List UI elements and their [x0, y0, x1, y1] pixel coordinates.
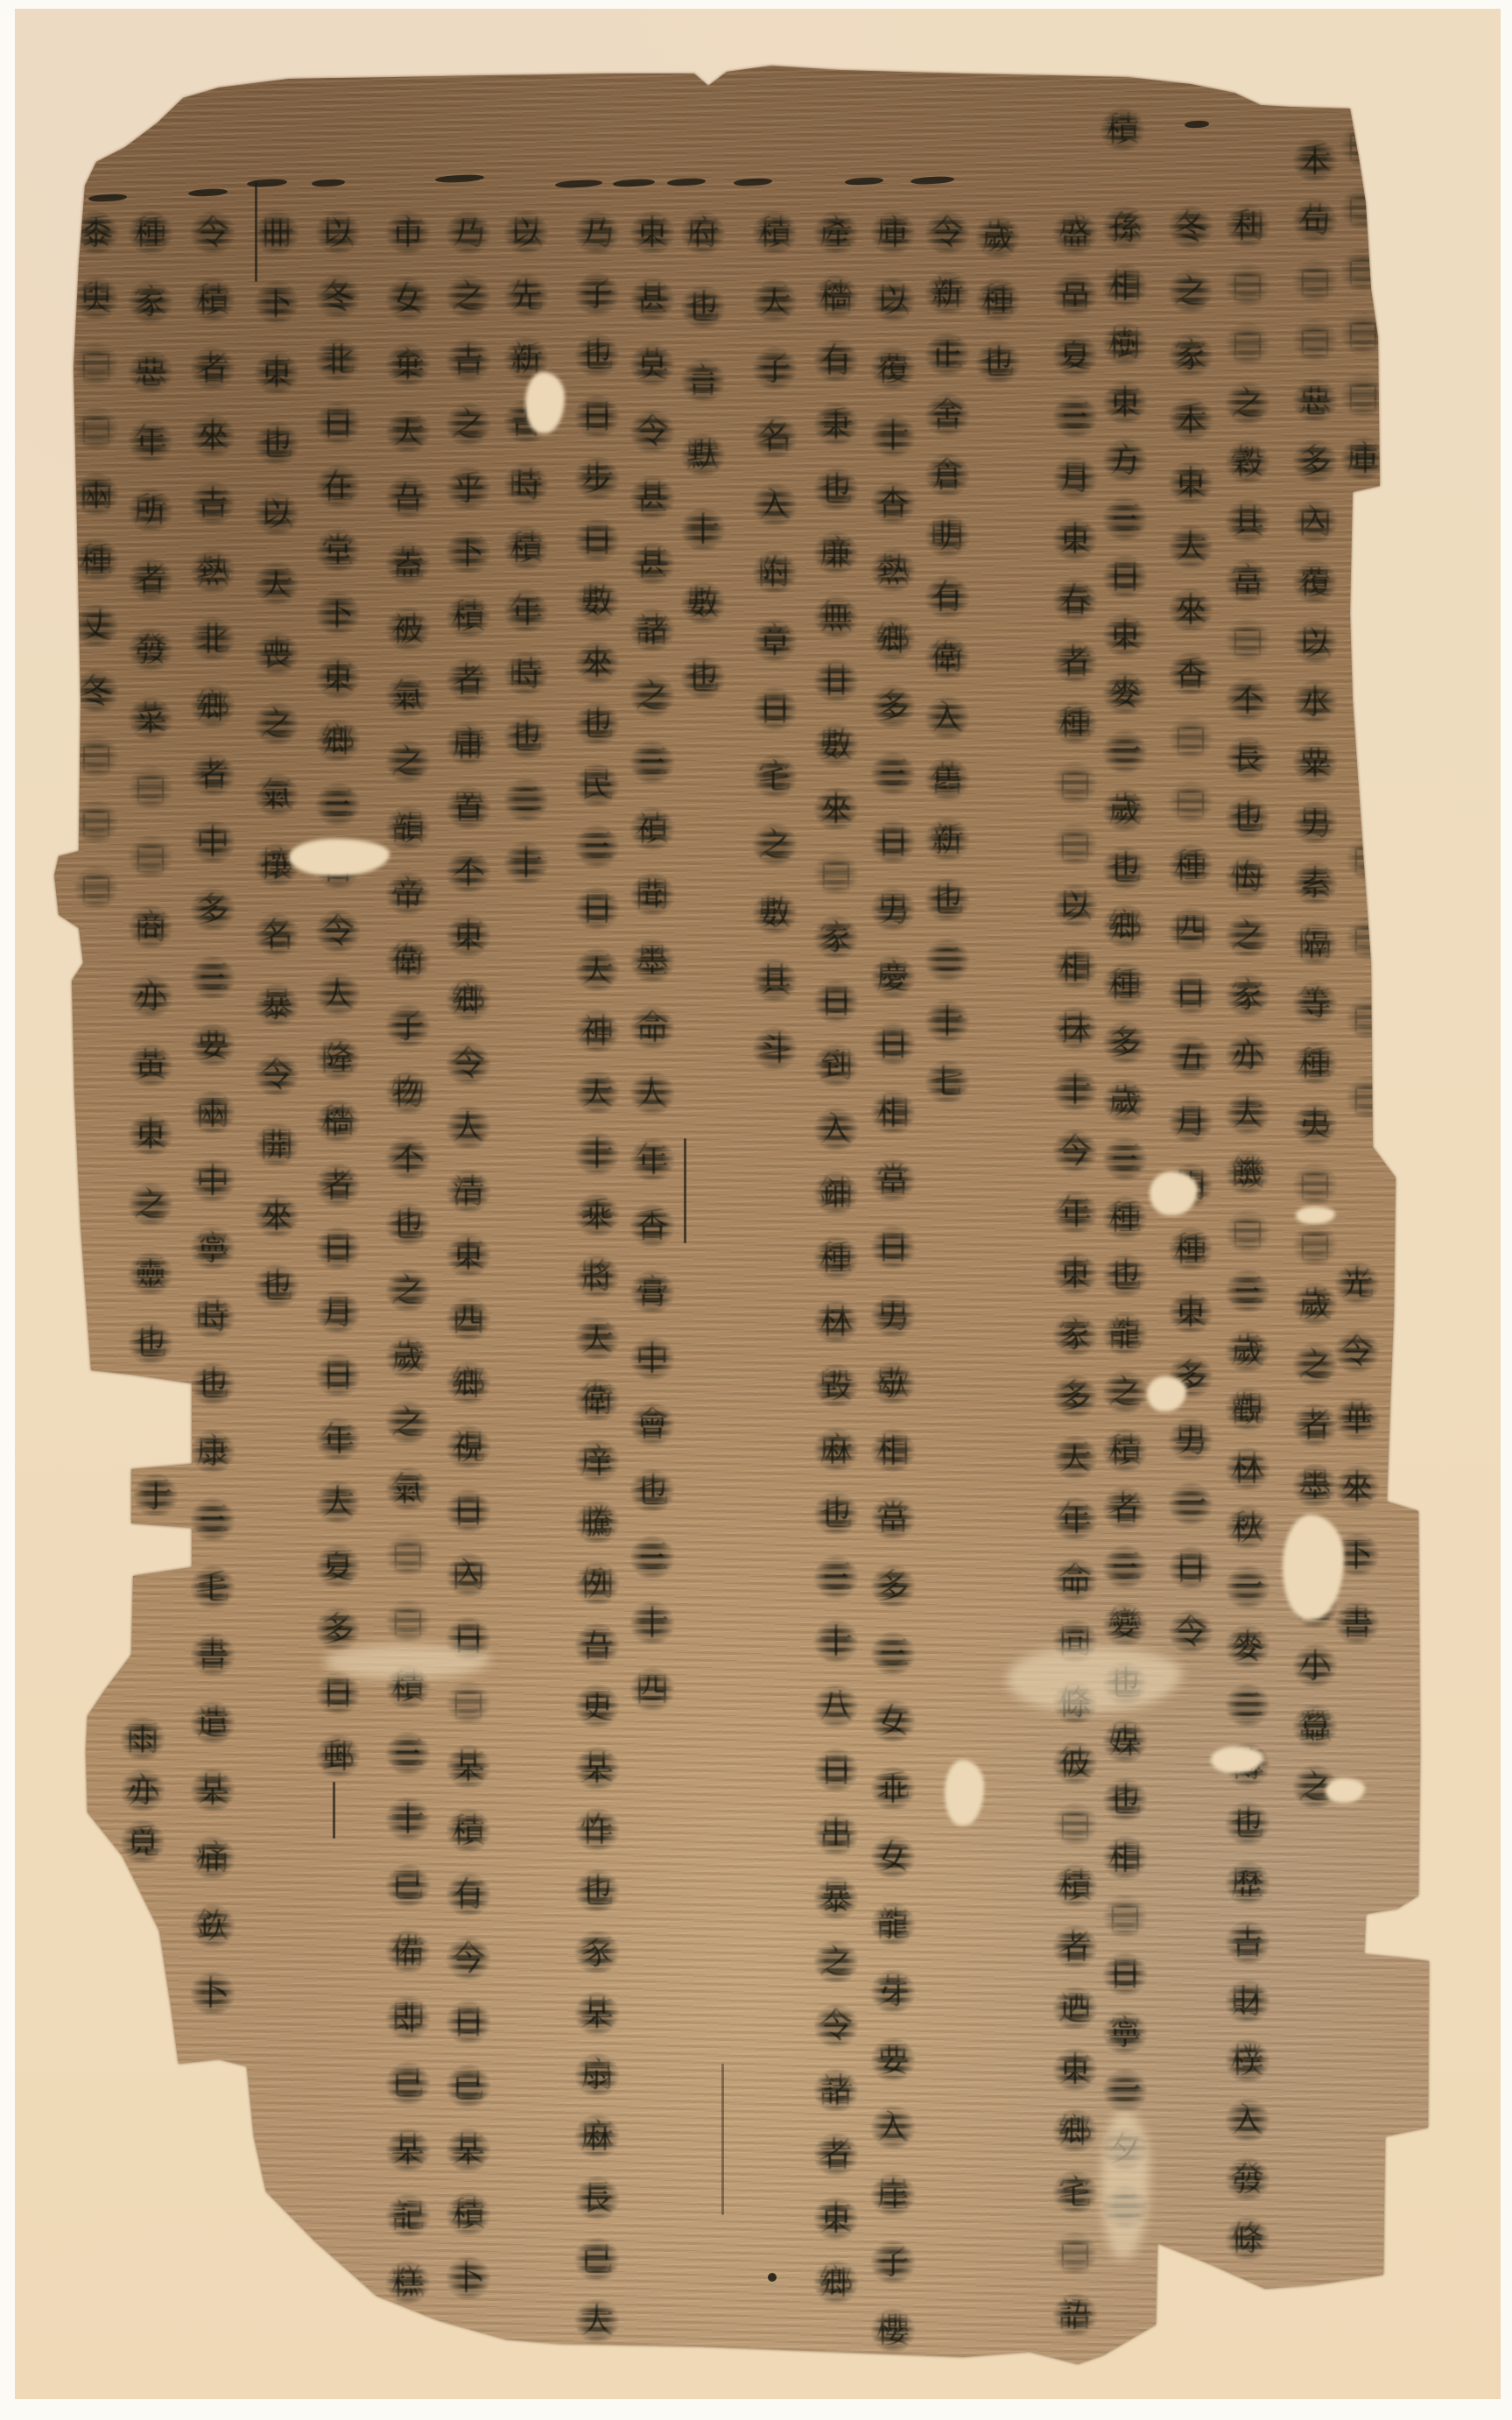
- glyph: 三: [315, 782, 361, 827]
- glyph: 菜: [128, 696, 173, 742]
- glyph: 一: [1225, 1565, 1270, 1610]
- glyph: 歲: [1292, 1282, 1338, 1327]
- glyph: 卜: [190, 1971, 236, 2016]
- glyph: 熱: [870, 548, 916, 594]
- glyph: 之: [1168, 269, 1213, 314]
- glyph: 衛: [385, 938, 431, 983]
- vertical-stroke: [684, 1138, 686, 1243]
- glyph: 三: [870, 751, 916, 797]
- glyph: 令: [254, 1052, 299, 1098]
- glyph: 商: [128, 904, 173, 950]
- glyph: 毀: [813, 1363, 859, 1409]
- glyph: 八: [813, 1684, 859, 1729]
- glyph: 入: [752, 482, 798, 528]
- glyph: 多: [190, 887, 236, 932]
- glyph: 也: [1102, 1253, 1148, 1298]
- text-column: 令積者來吉熱北鄉者中多三要兩中寧時也康三毛書遣某痛欽卜: [190, 210, 236, 2016]
- glyph: 附: [752, 550, 798, 595]
- glyph: 三: [629, 1535, 675, 1580]
- glyph: □: [1225, 1209, 1270, 1255]
- glyph: 廉: [813, 531, 859, 576]
- glyph: 之: [1225, 913, 1270, 959]
- glyph: 也: [503, 714, 549, 760]
- text-column: 冬之家禾東大來香□□種四日五月用種東多男一日令: [1168, 205, 1213, 1655]
- damage-hole: [1326, 1778, 1365, 1803]
- glyph: 日: [813, 979, 859, 1024]
- glyph: 隔: [1292, 921, 1338, 967]
- glyph: 亦: [128, 974, 173, 1019]
- glyph: 之: [385, 1268, 431, 1313]
- glyph: 饑: [1225, 1150, 1270, 1196]
- glyph: 相: [870, 1428, 916, 1474]
- glyph: 發: [128, 627, 173, 672]
- glyph: 帝: [385, 871, 431, 917]
- glyph: □: [1340, 373, 1386, 419]
- damage-hole: [1007, 1646, 1182, 1712]
- glyph: 來: [813, 786, 859, 832]
- silk-surface: □□□□□庫 □□□□ 光令華來下書 禾苟□□惡多內覆以水粟男素隔等種夷□□歲之…: [0, 0, 1512, 2420]
- glyph: 十: [574, 1131, 620, 1177]
- glyph: 已: [446, 2064, 491, 2109]
- glyph: 宅: [752, 754, 798, 799]
- glyph: 十: [1052, 1067, 1098, 1113]
- glyph: 種: [813, 1235, 859, 1281]
- glyph: 二: [925, 938, 970, 983]
- glyph: 有: [813, 338, 859, 383]
- glyph: 日: [1168, 971, 1213, 1017]
- glyph: 所: [128, 488, 173, 533]
- glyph: 媒: [1102, 1719, 1148, 1764]
- glyph: 積: [1102, 1428, 1148, 1474]
- text-column: 光令華來下書: [1334, 1261, 1380, 1646]
- glyph: 多: [315, 1607, 361, 1652]
- glyph: 男: [1168, 1418, 1213, 1463]
- glyph: 天: [385, 409, 431, 454]
- glyph: 穀: [1225, 440, 1270, 485]
- glyph: 十: [925, 999, 970, 1045]
- glyph: 日: [446, 1488, 491, 1534]
- glyph: 來: [190, 413, 236, 459]
- glyph: 十: [680, 507, 726, 552]
- glyph: 人: [315, 972, 361, 1017]
- glyph: □: [1292, 1222, 1338, 1268]
- text-column: 歲種也: [975, 215, 1021, 385]
- glyph: 夷: [1292, 1101, 1338, 1147]
- glyph: 要: [870, 2037, 916, 2083]
- glyph: 女: [385, 277, 431, 322]
- section-mark: 一: [247, 179, 287, 187]
- glyph: 以: [1052, 883, 1098, 929]
- glyph: 秋: [1225, 1505, 1270, 1551]
- glyph: 彼: [1052, 1741, 1098, 1786]
- glyph: 之: [629, 673, 675, 719]
- glyph: 以: [503, 210, 549, 256]
- glyph: 天: [1052, 1435, 1098, 1481]
- glyph: 墨: [629, 939, 675, 984]
- glyph: 多: [870, 684, 916, 729]
- glyph: 者: [446, 658, 491, 703]
- glyph: 庠: [574, 1439, 620, 1484]
- glyph: 冬: [1168, 205, 1213, 250]
- glyph: 者: [190, 752, 236, 798]
- glyph: 人: [446, 1105, 491, 1150]
- glyph: □: [1340, 123, 1386, 168]
- glyph: 觀: [1225, 1387, 1270, 1432]
- glyph: 相: [1102, 264, 1148, 309]
- glyph: 入: [1225, 2098, 1270, 2143]
- glyph: 庫: [870, 210, 916, 256]
- glyph: □: [1340, 186, 1386, 231]
- glyph: □: [74, 734, 119, 779]
- glyph: 舊: [925, 756, 970, 802]
- glyph: 黍: [74, 210, 119, 256]
- glyph: 禾: [1292, 137, 1338, 183]
- glyph: 棄: [385, 342, 431, 388]
- glyph: 雨: [120, 1716, 165, 1762]
- glyph: 人: [629, 1071, 675, 1116]
- glyph: □: [813, 851, 859, 897]
- glyph: 子: [385, 1003, 431, 1049]
- glyph: 東: [446, 1233, 491, 1278]
- glyph: 庸: [446, 721, 491, 767]
- glyph: 等: [1292, 981, 1338, 1026]
- glyph: 某: [385, 2128, 431, 2173]
- glyph: □: [128, 765, 173, 811]
- glyph: 下: [446, 530, 491, 575]
- glyph: 一: [1168, 1481, 1213, 1527]
- glyph: 歷: [1225, 1861, 1270, 1906]
- glyph: 毛: [190, 1565, 236, 1610]
- glyph: 多: [870, 1564, 916, 1609]
- glyph: 即: [385, 1995, 431, 2041]
- text-column: 利□□之穀其富□不長也悔之家亦大饑□三歲觀林秋一麥二簿也歷吉財樸入發條: [1225, 203, 1270, 2262]
- glyph: 東: [1052, 2047, 1098, 2093]
- glyph: 鄉: [446, 977, 491, 1023]
- glyph: 之: [385, 739, 431, 784]
- glyph: 聞: [629, 872, 675, 918]
- glyph: 種: [1102, 1195, 1148, 1241]
- glyph: 日: [574, 394, 620, 440]
- glyph: □: [1346, 916, 1391, 961]
- glyph: 也: [925, 877, 970, 923]
- glyph: 也: [813, 467, 859, 512]
- glyph: 者: [1102, 1486, 1148, 1531]
- glyph: 衛: [574, 1377, 620, 1423]
- glyph: 樹: [1102, 321, 1148, 367]
- text-column: 府也言默十數也: [680, 210, 726, 700]
- glyph: 種: [1292, 1041, 1338, 1087]
- glyph: 諸: [813, 2068, 859, 2114]
- text-column: 積天子名入附章日宅之數其斗: [752, 210, 798, 1072]
- glyph: 大: [574, 2298, 620, 2344]
- glyph: 十: [870, 413, 916, 459]
- glyph: 也: [1225, 1801, 1270, 1847]
- glyph: 家: [1168, 333, 1213, 378]
- glyph: 歲: [385, 1334, 431, 1380]
- glyph: 覆: [1292, 559, 1338, 605]
- glyph: 香: [629, 1203, 675, 1249]
- section-mark: 一: [312, 179, 345, 187]
- glyph: 積: [752, 210, 798, 256]
- glyph: □: [385, 1599, 431, 1644]
- glyph: 富: [1225, 559, 1270, 604]
- text-column: 種家惡年所者發菜□□商亦黃東之靈也: [128, 210, 173, 1366]
- glyph: 舍: [925, 392, 970, 438]
- glyph: 乎: [446, 466, 491, 511]
- glyph: 以: [1292, 620, 1338, 665]
- glyph: 某: [574, 1991, 620, 2037]
- section-mark: 一: [734, 178, 772, 186]
- glyph: 天: [574, 947, 620, 993]
- glyph: 者: [190, 346, 236, 391]
- glyph: 中: [190, 820, 236, 865]
- glyph: 令: [925, 210, 970, 256]
- glyph: □: [74, 799, 119, 845]
- glyph: 樸: [1225, 2038, 1270, 2084]
- glyph: 鄉: [813, 2260, 859, 2305]
- glyph: 兩: [74, 472, 119, 517]
- glyph: 到: [813, 1043, 859, 1088]
- glyph: 當: [870, 1157, 916, 1203]
- glyph: 三: [1102, 496, 1148, 542]
- glyph: □: [1168, 715, 1213, 761]
- glyph: 冊: [254, 210, 299, 256]
- glyph: 宅: [1052, 2170, 1098, 2215]
- glyph: 乃: [446, 210, 491, 256]
- glyph: 之: [1225, 381, 1270, 426]
- text-column: 冊下東也以天喪之氣攘名暴令開來也: [254, 210, 299, 1309]
- glyph: 備: [385, 1929, 431, 1974]
- text-column: 庫以覆十杏熱鄉多三日男慶日相當日男歇相當多三女乖女龍芽要入崖子櫻: [870, 210, 916, 2353]
- glyph: 日: [870, 820, 916, 865]
- glyph: 有: [446, 1872, 491, 1917]
- glyph: 種: [1102, 962, 1148, 1008]
- text-column: 東甚莫令甚甚諸之三禎聞墨命人年香膏中會也三十四: [629, 210, 675, 1713]
- glyph: 之: [128, 1182, 173, 1228]
- glyph: 歲: [1102, 1079, 1148, 1124]
- glyph: 暴: [254, 982, 299, 1028]
- glyph: 乘: [574, 1192, 620, 1238]
- glyph: 令: [446, 1041, 491, 1087]
- glyph: 龍: [1102, 1312, 1148, 1357]
- glyph: 子: [574, 271, 620, 317]
- glyph: 七: [925, 1059, 970, 1105]
- glyph: 歲: [975, 215, 1021, 260]
- glyph: 夏: [1052, 333, 1098, 378]
- text-column: 令新正舍倉明有衛入舊新也二十七: [925, 210, 970, 1105]
- glyph: 其: [752, 958, 798, 1003]
- glyph: 日: [1102, 554, 1148, 600]
- glyph: 令: [190, 210, 236, 256]
- glyph: 方: [1102, 438, 1148, 483]
- glyph: □: [1225, 321, 1270, 367]
- glyph: 出: [813, 1811, 859, 1857]
- glyph: 年: [629, 1137, 675, 1183]
- glyph: 悔: [1225, 855, 1270, 900]
- glyph: 之: [254, 701, 299, 747]
- glyph: 某: [190, 1768, 236, 1813]
- text-column: □□□□: [1346, 836, 1391, 1121]
- vertical-stroke: [721, 2064, 724, 2215]
- glyph: 之: [752, 822, 798, 868]
- glyph: 積: [503, 525, 549, 571]
- glyph: 時: [503, 462, 549, 508]
- glyph: 積: [446, 594, 491, 639]
- glyph: 年: [1052, 1496, 1098, 1542]
- text-column: 市女棄天吾蓋被氣之韻帝衛子物不也之歲之氣□□積三十已備即已某記糕: [385, 210, 431, 2305]
- glyph: 之: [1102, 1369, 1148, 1415]
- glyph: 已: [574, 2237, 620, 2283]
- glyph: □: [1346, 836, 1391, 882]
- glyph: 乃: [574, 210, 620, 256]
- glyph: 長: [1225, 735, 1270, 781]
- glyph: 北: [190, 616, 236, 662]
- glyph: 家: [1225, 973, 1270, 1018]
- glyph: 盛: [1052, 210, 1098, 256]
- glyph: □: [1225, 617, 1270, 663]
- glyph: 以: [870, 278, 916, 323]
- glyph: 蠶: [1292, 1704, 1338, 1749]
- glyph: 孫: [1102, 205, 1148, 250]
- glyph: 莫: [629, 342, 675, 388]
- glyph: 香: [1168, 651, 1213, 697]
- glyph: 之: [446, 402, 491, 447]
- glyph: 黃: [128, 1043, 173, 1088]
- glyph: 男: [1292, 800, 1338, 846]
- glyph: □: [385, 1532, 431, 1578]
- glyph: 暴: [813, 1875, 859, 1921]
- glyph: 例: [574, 1561, 620, 1607]
- glyph: 櫻: [870, 2308, 916, 2353]
- glyph: 來: [254, 1193, 299, 1239]
- glyph: 某: [574, 1746, 620, 1791]
- section-mark: 一: [845, 177, 883, 186]
- glyph: 子: [752, 346, 798, 391]
- glyph: 年: [128, 419, 173, 464]
- glyph: 也: [574, 1868, 620, 1914]
- glyph: □: [1052, 822, 1098, 868]
- glyph: 隆: [315, 1036, 361, 1081]
- glyph: 甚: [629, 277, 675, 322]
- glyph: 二: [503, 777, 549, 823]
- glyph: 者: [1052, 639, 1098, 685]
- glyph: 產: [813, 210, 859, 256]
- manuscript-photo: □□□□□庫 □□□□ 光令華來下書 禾苟□□惡多內覆以水粟男素隔等種夷□□歲之…: [0, 0, 1512, 2420]
- glyph: 種: [1168, 1227, 1213, 1272]
- glyph: 已: [385, 1863, 431, 1909]
- glyph: 痛: [190, 1835, 236, 1881]
- glyph: □: [1292, 258, 1338, 304]
- glyph: 亦: [1225, 1032, 1270, 1078]
- glyph: □: [74, 406, 119, 452]
- glyph: 韻: [385, 805, 431, 851]
- glyph: □: [1225, 263, 1270, 308]
- glyph: 熱: [190, 549, 236, 594]
- glyph: 當: [870, 1495, 916, 1541]
- glyph: 多: [1292, 439, 1338, 484]
- punctuation-dot: [768, 2273, 777, 2282]
- glyph: 鄉: [1102, 904, 1148, 949]
- glyph: 大: [315, 1480, 361, 1525]
- glyph: 日: [752, 686, 798, 732]
- glyph: 今: [1052, 1129, 1098, 1174]
- glyph: 下: [315, 591, 361, 637]
- glyph: 蓋: [385, 541, 431, 587]
- glyph: 冬: [315, 274, 361, 320]
- glyph: 默: [680, 433, 726, 478]
- glyph: □: [1052, 1802, 1098, 1847]
- glyph: 入: [870, 2105, 916, 2150]
- glyph: 鄉: [315, 718, 361, 763]
- glyph: 男: [870, 1293, 916, 1339]
- glyph: 相: [1102, 1835, 1148, 1881]
- glyph: 三: [1102, 1136, 1148, 1182]
- text-column: 乃子也日步日數來也民三日天神天十乘將天衛庠騰例吾更某怍也豕某扇麻長已大: [574, 210, 620, 2344]
- glyph: 怍: [574, 1807, 620, 1853]
- glyph: 種: [1168, 843, 1213, 889]
- glyph: 月: [1052, 455, 1098, 501]
- glyph: 抹: [1052, 1006, 1098, 1052]
- glyph: 以: [315, 210, 361, 256]
- section-mark: 一: [1185, 120, 1209, 128]
- glyph: 書: [190, 1632, 236, 1678]
- glyph: 三: [1102, 1544, 1148, 1590]
- glyph: 下: [254, 280, 299, 326]
- glyph: 禎: [629, 806, 675, 852]
- glyph: □: [1346, 995, 1391, 1041]
- glyph: 月: [1168, 1099, 1213, 1144]
- glyph: 廿: [813, 658, 859, 704]
- glyph: 者: [315, 1163, 361, 1208]
- glyph: 鋪: [813, 1171, 859, 1216]
- section-mark: 一: [911, 176, 954, 186]
- section-mark: 一: [188, 188, 228, 197]
- glyph: 更: [574, 1684, 620, 1729]
- glyph: 某: [446, 1744, 491, 1790]
- glyph: 女: [870, 1834, 916, 1880]
- glyph: 日: [446, 2000, 491, 2045]
- glyph: 會: [629, 1402, 675, 1447]
- glyph: 迺: [1052, 1986, 1098, 2031]
- glyph: 庫: [1340, 436, 1386, 482]
- glyph: 中: [629, 1336, 675, 1382]
- glyph: 時: [503, 651, 549, 697]
- glyph: 記: [385, 2193, 431, 2239]
- glyph: 者: [1052, 1924, 1098, 1970]
- glyph: 東: [1168, 461, 1213, 506]
- glyph: 三: [385, 1731, 431, 1776]
- glyph: 以: [254, 491, 299, 537]
- glyph: 苟: [1292, 198, 1338, 243]
- text-column: 于: [133, 1473, 179, 1520]
- glyph: □: [1168, 779, 1213, 825]
- glyph: 發: [1225, 2156, 1270, 2202]
- glyph: 一: [1102, 729, 1148, 775]
- glyph: 不: [446, 849, 491, 895]
- glyph: 步: [574, 456, 620, 502]
- glyph: 要: [190, 1023, 236, 1068]
- glyph: 也: [975, 340, 1021, 385]
- glyph: 數: [574, 579, 620, 624]
- glyph: 光: [1334, 1261, 1380, 1306]
- glyph: 章: [752, 618, 798, 664]
- glyph: 時: [190, 1294, 236, 1340]
- glyph: 杏: [870, 481, 916, 526]
- glyph: 三: [190, 955, 236, 1001]
- glyph: 芽: [870, 1969, 916, 2015]
- glyph: 禾: [1168, 397, 1213, 442]
- glyph: 內: [1292, 499, 1338, 545]
